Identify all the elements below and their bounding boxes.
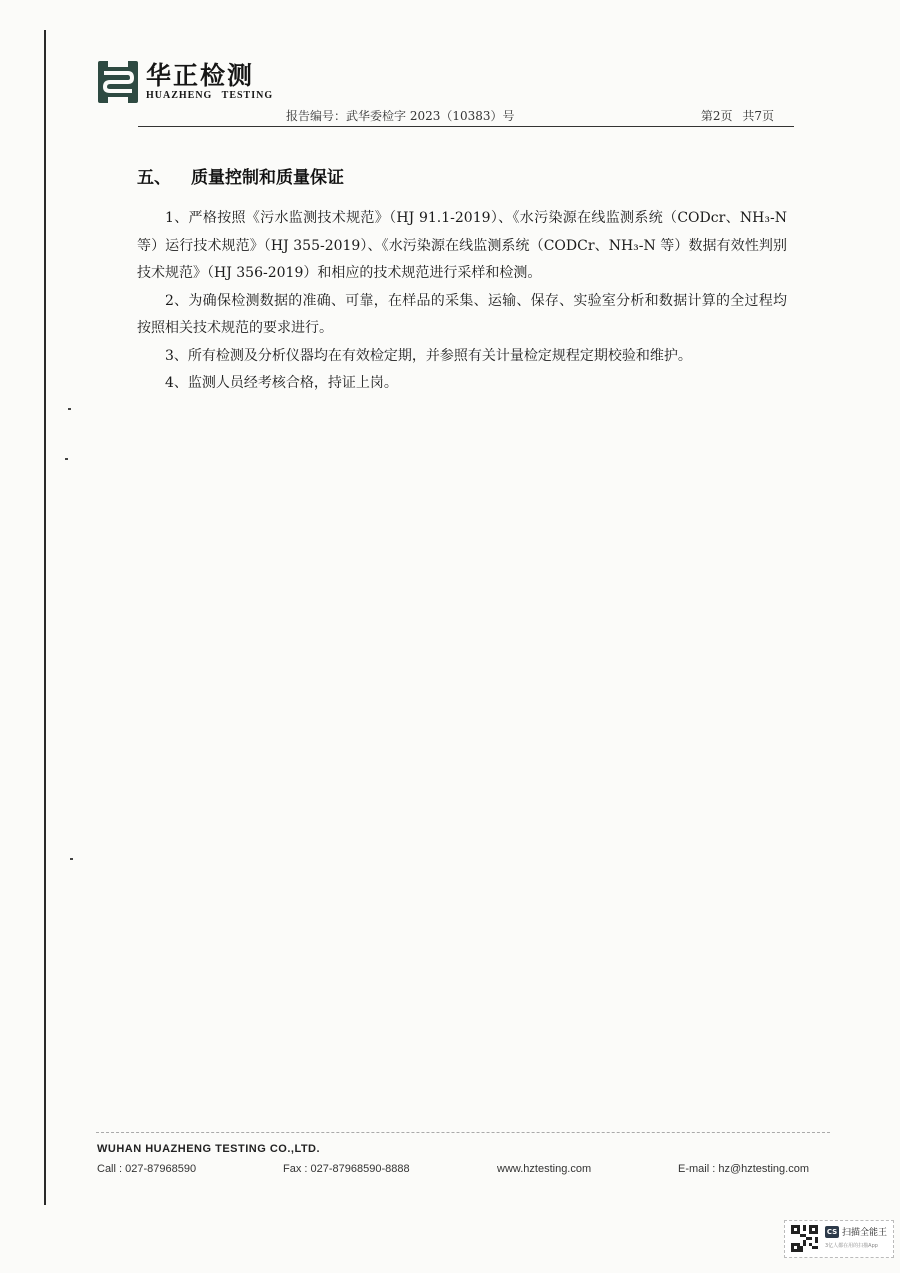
scanner-tagline: 3亿人都在用的扫描App [825, 1242, 878, 1249]
footer-website: www.hztesting.com [497, 1163, 591, 1175]
section-heading: 五、质量控制和质量保证 [137, 163, 344, 188]
page-indicator: 第2页 共7页 [701, 107, 774, 124]
scan-speck [70, 858, 73, 860]
footer-fax: Fax : 027-87968590-8888 [283, 1163, 410, 1175]
qr-code-icon [791, 1225, 818, 1252]
scanner-app-name: 扫描全能王 [842, 1225, 887, 1238]
footer-divider [96, 1132, 830, 1133]
company-logo: 华正检测 HUAZHENG TESTING [98, 60, 273, 104]
scanner-watermark: CS 扫描全能王 3亿人都在用的扫描App [784, 1220, 894, 1258]
paragraph-3: 3、所有检测及分析仪器均在有效检定期，并参照有关计量检定规程定期校验和维护。 [137, 343, 787, 371]
footer-contact-row: Call : 027-87968590 Fax : 027-87968590-8… [97, 1163, 827, 1179]
report-header-bar: 报告编号：武华委检字 2023（10383）号 第2页 共7页 [138, 104, 794, 127]
scan-speck [65, 458, 68, 460]
footer-email: E-mail : hz@hztesting.com [678, 1163, 809, 1175]
logo-english-name: HUAZHENG TESTING [146, 90, 273, 102]
section-number: 五、 [137, 168, 171, 188]
logo-chinese-name: 华正检测 [146, 62, 273, 90]
scan-speck [68, 408, 71, 410]
paragraph-4: 4、监测人员经考核合格，持证上岗。 [137, 370, 787, 398]
section-content: 1、严格按照《污水监测技术规范》（HJ 91.1-2019）、《水污染源在线监测… [137, 205, 787, 398]
huazheng-logo-icon [98, 61, 138, 103]
section-title: 质量控制和质量保证 [191, 168, 344, 188]
camscanner-logo-icon: CS [825, 1226, 839, 1238]
report-number: 报告编号：武华委检字 2023（10383）号 [286, 107, 515, 124]
paragraph-1: 1、严格按照《污水监测技术规范》（HJ 91.1-2019）、《水污染源在线监测… [137, 205, 787, 288]
footer-phone: Call : 027-87968590 [97, 1163, 196, 1175]
paragraph-2: 2、为确保检测数据的准确、可靠，在样品的采集、运输、保存、实验室分析和数据计算的… [137, 288, 787, 343]
footer-company-name: WUHAN HUAZHENG TESTING CO.,LTD. [97, 1143, 320, 1155]
binding-line [44, 30, 46, 1205]
